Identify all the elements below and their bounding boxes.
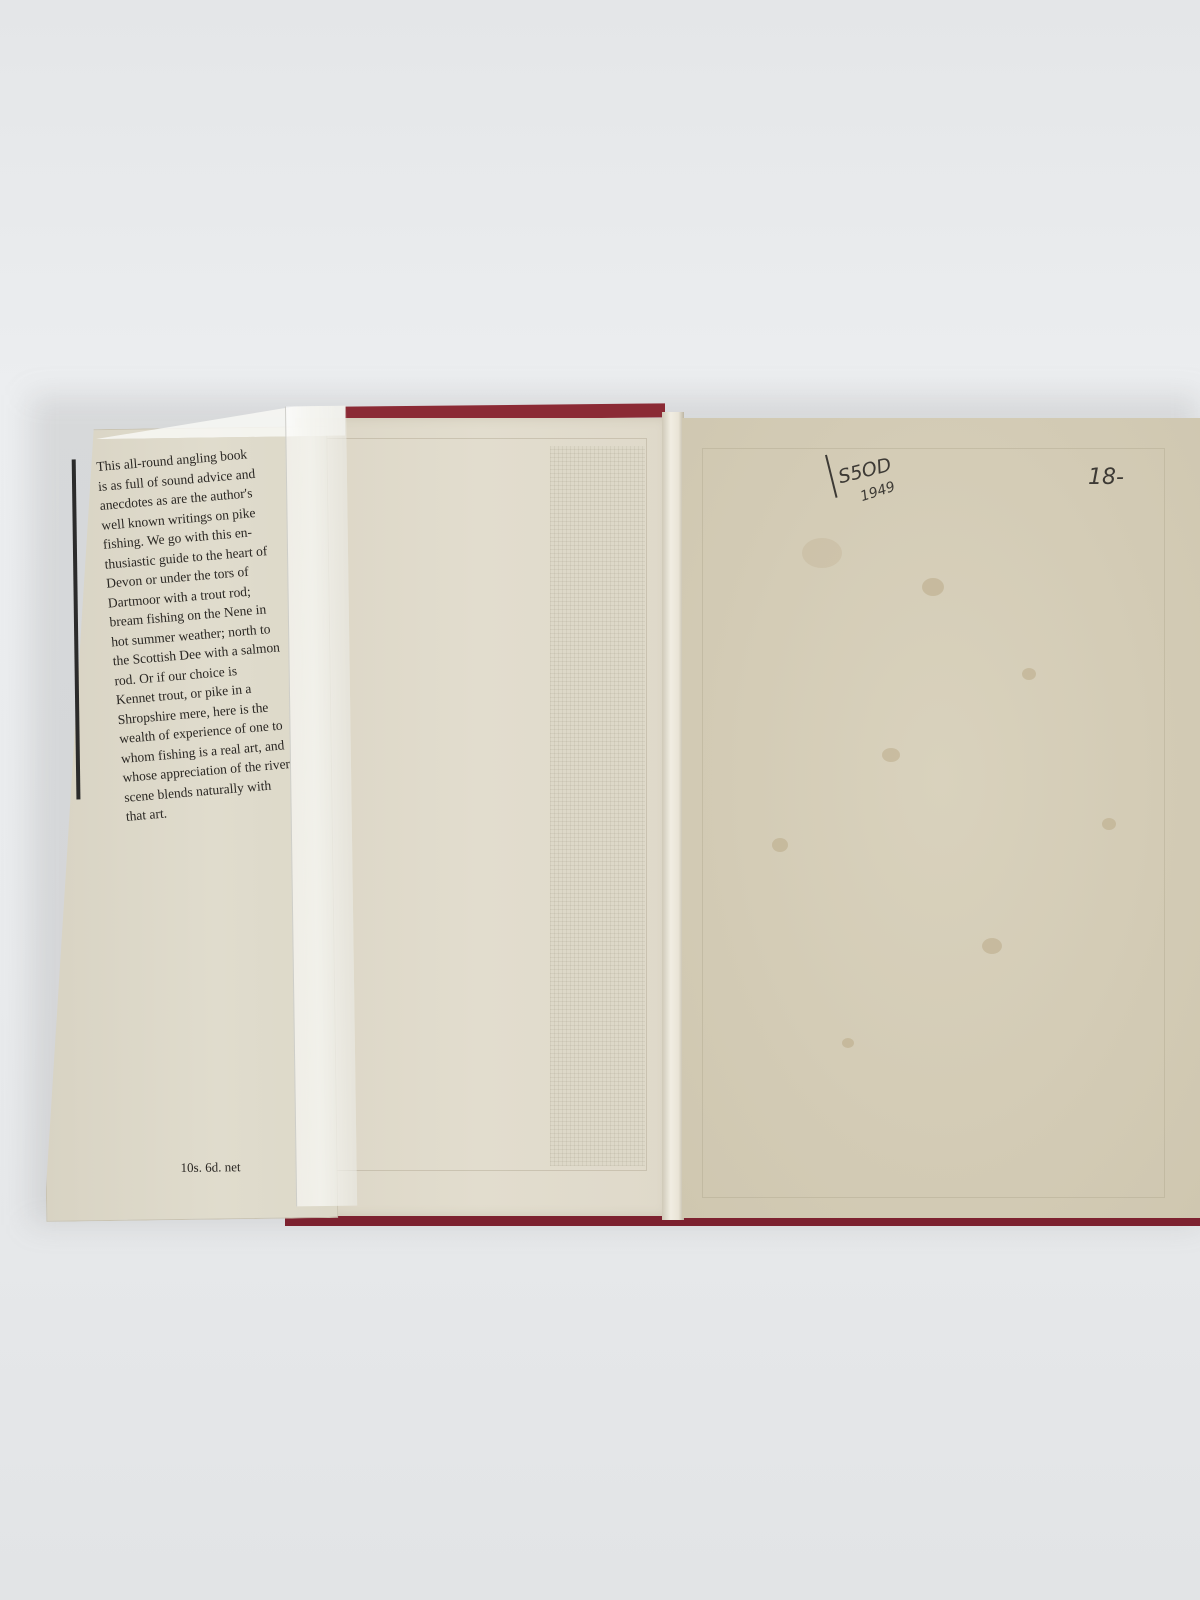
jacket-price: 10s. 6d. net: [180, 1159, 240, 1176]
jacket-cover-edge: [72, 459, 81, 799]
foxing-spot: [1022, 668, 1036, 680]
foxing-spot: [842, 1038, 854, 1048]
book-gutter: [662, 412, 684, 1220]
dust-jacket-flap: This all-round angling book is as full o…: [35, 406, 351, 1230]
endpaper-frame: [702, 448, 1165, 1198]
foxing-spot: [1102, 818, 1116, 830]
hinge-cloth: [550, 446, 645, 1166]
pencil-price-note: 18-: [1088, 465, 1124, 490]
jacket-blurb: This all-round angling book is as full o…: [96, 441, 316, 826]
foxing-spot: [772, 838, 788, 852]
foxing-spot: [982, 938, 1002, 954]
free-endpaper: [682, 418, 1200, 1218]
foxing-spot: [802, 538, 842, 568]
foxing-spot: [882, 748, 900, 762]
foxing-spot: [922, 578, 944, 596]
